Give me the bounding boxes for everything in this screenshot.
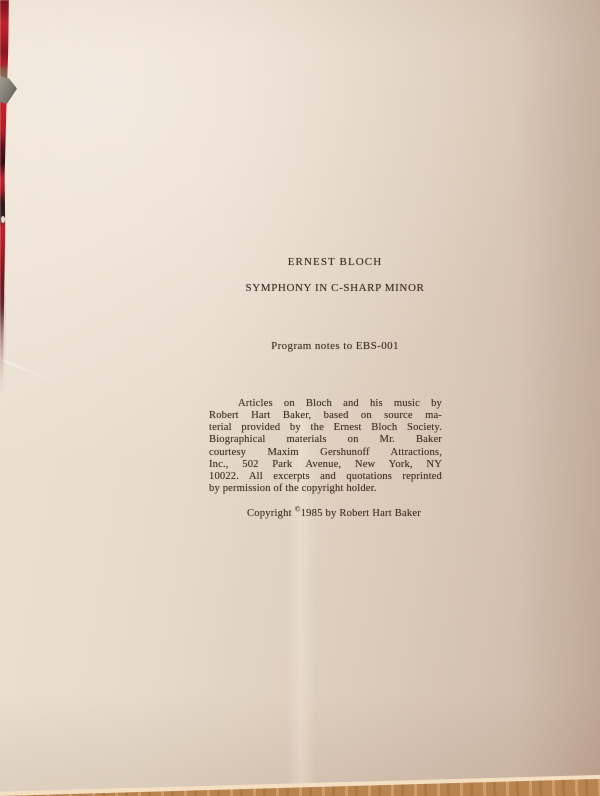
credits-line: Inc., 502 Park Avenue, New York, NY: [209, 459, 442, 471]
copyright-rest: 1985 by Robert Hart Baker: [301, 508, 421, 519]
copyright-word: Copyright: [247, 508, 292, 519]
credits-line: terial provided by the Ernest Bloch Soci…: [209, 422, 442, 434]
copyright-line: Copyright©1985 by Robert Hart Baker: [214, 508, 454, 519]
credits-line: 10022. All excerpts and quotations repri…: [209, 471, 442, 483]
program-notes-subtitle: Program notes to EBS-001: [110, 340, 560, 352]
credits-line: by permission of the copyright holder.: [209, 483, 442, 495]
work-title: SYMPHONY IN C-SHARP MINOR: [110, 282, 560, 294]
credits-line: Biographical materials on Mr. Baker: [209, 434, 442, 446]
credits-line: Robert Hart Baker, based on source ma-: [209, 410, 442, 422]
composer-title: ERNEST BLOCH: [110, 256, 560, 268]
credits-paragraph: Articles on Bloch and his music by Rober…: [209, 398, 442, 495]
credits-line: Articles on Bloch and his music by: [209, 398, 442, 410]
paper-sheet: ERNEST BLOCH SYMPHONY IN C-SHARP MINOR P…: [0, 0, 600, 796]
photo-of-program-notes-page: ERNEST BLOCH SYMPHONY IN C-SHARP MINOR P…: [0, 0, 600, 796]
paper-crease: [0, 356, 64, 386]
credits-line: courtesy Maxim Gershunoff Attractions,: [209, 447, 442, 459]
white-speck: [1, 216, 5, 223]
